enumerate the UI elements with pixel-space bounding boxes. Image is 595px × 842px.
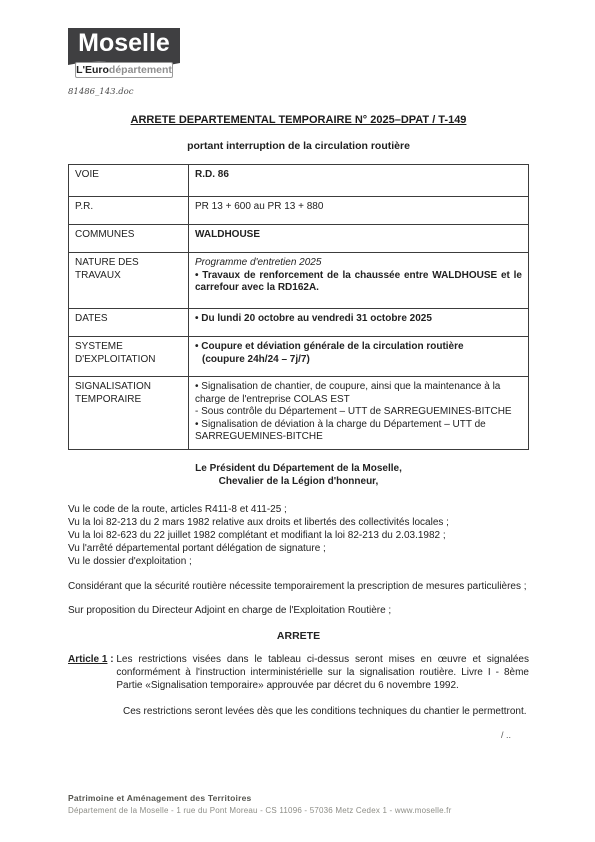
table-row-dates: DATES • Du lundi 20 octobre au vendredi … [69,309,529,337]
president-heading: Le Président du Département de la Mosell… [68,462,529,488]
signalisation-line2: - Sous contrôle du Département – UTT de … [195,406,522,419]
row-label-dates: DATES [69,309,189,337]
article-1-paragraph-2: Ces restrictions seront levées dès que l… [123,705,529,718]
row-label-signalisation: SIGNALISATION TEMPORAIRE [69,377,189,450]
table-row-communes: COMMUNES WALDHOUSE [69,225,529,253]
footer-service-name: Patrimoine et Aménagement des Territoire… [68,793,548,803]
row-value-dates: • Du lundi 20 octobre au vendredi 31 oct… [189,309,529,337]
systeme-exploitation-line2: (coupure 24h/24 – 7j/7) [195,354,522,367]
signalisation-line3: • Signalisation de déviation à la charge… [195,419,522,444]
table-row-pr: P.R. PR 13 + 600 au PR 13 + 880 [69,197,529,225]
article-1-separator: : [107,653,116,692]
row-label-systeme-exploitation: SYSTEME D'EXPLOITATION [69,337,189,377]
president-line1: Le Président du Département de la Mosell… [68,462,529,475]
moselle-logo-wordmark: Moselle [78,28,170,58]
row-value-signalisation: • Signalisation de chantier, de coupure,… [189,377,529,450]
vu-clause: Vu la loi 82-213 du 2 mars 1982 relative… [68,516,529,529]
table-row-nature-travaux: NATURE DES TRAVAUX Programme d'entretien… [69,253,529,309]
document-content: Moselle L'Eurodépartement 81486_143.doc … [68,0,529,740]
article-1-label: Article 1 [68,653,107,692]
document-footer: Patrimoine et Aménagement des Territoire… [68,793,548,815]
systeme-exploitation-line1: • Coupure et déviation générale de la ci… [195,341,522,354]
row-value-systeme-exploitation: • Coupure et déviation générale de la ci… [189,337,529,377]
article-1: Article 1 : Les restrictions visées dans… [68,653,529,692]
nature-travaux-programme: Programme d'entretien 2025 [195,257,522,270]
vu-clause: Vu le dossier d'exploitation ; [68,555,529,568]
restrictions-table: VOIE R.D. 86 P.R. PR 13 + 600 au PR 13 +… [68,164,529,450]
document-page: Moselle L'Eurodépartement 81486_143.doc … [0,0,595,842]
considerant-clause: Considérant que la sécurité routière néc… [68,581,529,592]
vu-clause: Vu le code de la route, articles R411-8 … [68,503,529,516]
row-value-communes: WALDHOUSE [189,225,529,253]
document-title: ARRETE DEPARTEMENTAL TEMPORAIRE N° 2025–… [68,114,529,126]
vu-clause: Vu la loi 82-623 du 22 juillet 1982 comp… [68,529,529,542]
article-1-text: Les restrictions visées dans le tableau … [116,653,529,692]
table-row-systeme-exploitation: SYSTEME D'EXPLOITATION • Coupure et dévi… [69,337,529,377]
document-file-reference: 81486_143.doc [68,87,529,97]
row-label-pr: P.R. [69,197,189,225]
table-row-signalisation: SIGNALISATION TEMPORAIRE • Signalisation… [69,377,529,450]
logo-subtitle-euro: L'Euro [76,64,109,76]
moselle-logo: Moselle L'Eurodépartement [68,28,180,78]
document-subtitle: portant interruption de la circulation r… [68,140,529,152]
row-value-pr: PR 13 + 600 au PR 13 + 880 [189,197,529,225]
logo-subtitle-departement: département [109,64,172,76]
arrete-heading: ARRETE [68,630,529,642]
row-label-voie: VOIE [69,165,189,197]
vu-clause: Vu l'arrêté départemental portant déléga… [68,542,529,555]
row-value-voie: R.D. 86 [189,165,529,197]
moselle-logo-subtitle: L'Eurodépartement [75,62,173,78]
footer-address: Département de la Moselle - 1 rue du Pon… [68,806,548,815]
vu-clauses: Vu le code de la route, articles R411-8 … [68,503,529,568]
proposition-clause: Sur proposition du Directeur Adjoint en … [68,605,529,616]
president-line2: Chevalier de la Légion d'honneur, [68,475,529,488]
row-label-nature-travaux: NATURE DES TRAVAUX [69,253,189,309]
page-continuation-mark: / .. [68,730,529,740]
table-row-voie: VOIE R.D. 86 [69,165,529,197]
nature-travaux-item: • Travaux de renforcement de la chaussée… [195,270,522,295]
signalisation-line1: • Signalisation de chantier, de coupure,… [195,381,522,406]
row-value-nature-travaux: Programme d'entretien 2025 • Travaux de … [189,253,529,309]
row-label-communes: COMMUNES [69,225,189,253]
